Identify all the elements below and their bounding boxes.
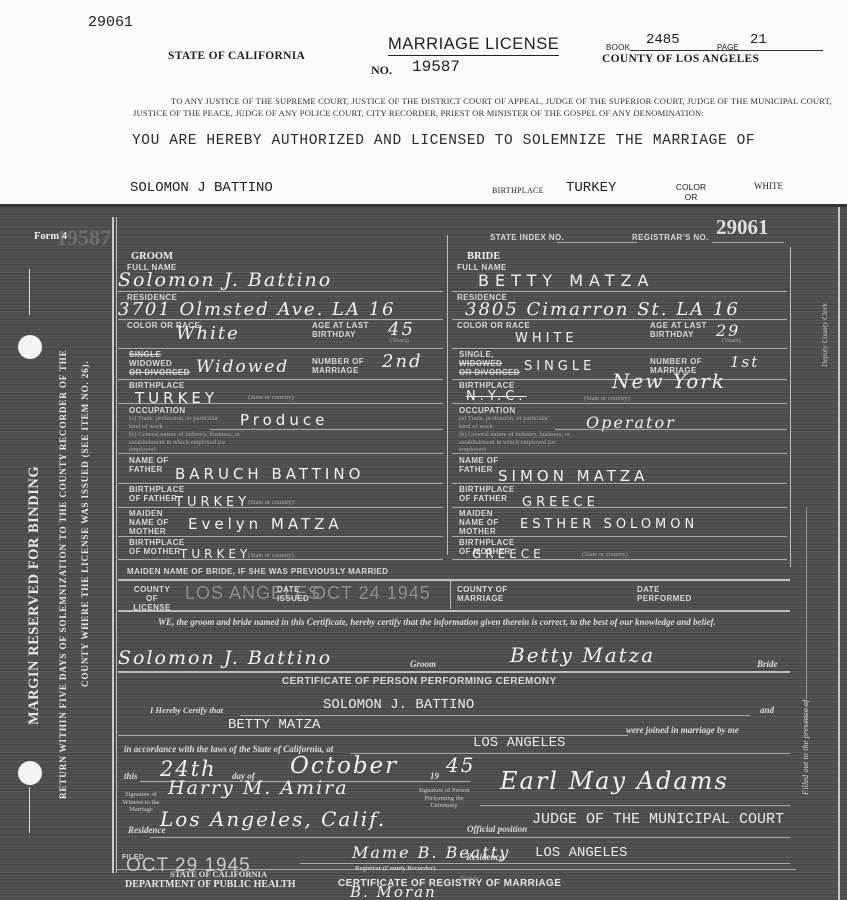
groom-marriage-number: 2nd: [382, 351, 423, 372]
bride-divorced-label: OR DIVORCED: [459, 368, 520, 377]
maiden-name-label: MAIDEN NAME OF BRIDE, IF SHE WAS PREVIOU…: [127, 567, 388, 576]
binding-hole-top: [18, 335, 42, 359]
binding-margin-text: MARGIN RESERVED FOR BINDING: [26, 466, 43, 725]
registrar-rule: [712, 242, 784, 243]
license-birthplace: TURKEY: [566, 180, 616, 196]
bride-color: WHITE: [515, 331, 578, 346]
frame-left-inner: [116, 217, 117, 873]
certify-bride-name: BETTY MATZA: [228, 717, 320, 733]
bride-years-label: (Years): [722, 337, 741, 345]
rule: [452, 348, 787, 349]
book-label: BOOK: [606, 43, 630, 52]
groom-color: White: [176, 323, 240, 344]
presence-rule: [806, 507, 807, 727]
groom-occupation-a: (a) Trade, profession, or particular kin…: [129, 415, 229, 430]
affirmation-text: WE, the groom and bride named in this Ce…: [118, 615, 778, 629]
registrar-number-label: REGISTRAR'S NO.: [632, 233, 709, 242]
joined-label: were joined in marriage by me: [626, 725, 739, 735]
rule: [118, 579, 790, 581]
county-heading: COUNTY OF LOS ANGELES: [602, 53, 759, 65]
bride-col-right: [790, 247, 791, 567]
bride-occupation-label: OCCUPATION: [459, 406, 516, 415]
state-index-label: STATE INDEX NO.: [490, 233, 564, 242]
groom-occupation: Produce: [240, 411, 328, 429]
rule: [118, 610, 790, 612]
bride-mother-bp-hint: (State or country): [582, 551, 628, 559]
bride-heading: BRIDE: [467, 251, 500, 262]
county-marriage-label: COUNTY OF MARRIAGE: [457, 585, 517, 603]
bride-birthplace-struck: N.Y.C.: [466, 389, 527, 404]
license-number-label: NO.: [371, 63, 392, 78]
binding-hole-bottom: [18, 761, 42, 785]
groom-mother: Evelyn MATZA: [188, 515, 343, 533]
state-index-rule: [557, 242, 637, 243]
this-label: this: [124, 771, 138, 781]
book-page-rule: [630, 50, 823, 51]
groom-birthplace: TURKEY: [135, 389, 218, 407]
license-groom-name: SOLOMON J BATTINO: [130, 180, 273, 196]
bride-mother-label: MAIDEN NAME OF MOTHER: [459, 509, 509, 536]
witness-residence: Los Angeles, Calif.: [160, 807, 386, 831]
rule: [118, 348, 443, 349]
rule: [555, 429, 787, 430]
bride-signature-label: Bride: [757, 659, 778, 669]
bride-age-label: AGE AT LAST BIRTHDAY: [650, 321, 722, 339]
groom-marriage-number-label: NUMBER OF MARRIAGE: [312, 357, 382, 375]
ceremony-year: 45: [446, 753, 475, 777]
bride-single-label: SINGLE,: [459, 350, 494, 359]
license-title: MARRIAGE LICENSE: [388, 35, 559, 56]
ceremony-heading: CERTIFICATE OF PERSON PERFORMING CEREMON…: [282, 677, 557, 686]
rule: [210, 429, 443, 430]
form-ghost-number: 19587: [56, 225, 111, 251]
column-divider: [447, 235, 448, 555]
license-number: 19587: [412, 58, 460, 76]
bride-signature: Betty Matza: [510, 643, 655, 667]
bride-occupation-b: (b) General nature of industry, business…: [459, 431, 579, 454]
rule: [150, 837, 790, 838]
groom-father: BARUCH BATTINO: [175, 465, 364, 483]
groom-mother-label: MAIDEN NAME OF MOTHER: [129, 509, 179, 536]
rule: [480, 805, 790, 806]
groom-father-label: NAME OF FATHER: [129, 456, 179, 474]
rule: [452, 507, 787, 508]
rule: [452, 559, 787, 560]
officiant-residence-label: Residence: [466, 852, 504, 862]
groom-signature-label: Groom: [410, 659, 436, 669]
certify-groom-name: SOLOMON J. BATTINO: [323, 697, 474, 713]
county-license-label: COUNTY OF LICENSE: [127, 585, 177, 612]
license-color: WHITE: [754, 181, 783, 191]
certificate-of-registry: Form 4 19587 MARGIN RESERVED FOR BINDING…: [0, 204, 847, 900]
bride-occupation-a: (a) Trade, profession, or particular kin…: [459, 415, 559, 430]
bride-birthplace: New York: [612, 369, 726, 393]
and-label: and: [760, 705, 774, 715]
deputy-label: Deputy: [460, 875, 479, 883]
rule: [452, 319, 787, 320]
witness-signature: Harry M. Amira: [168, 777, 349, 799]
officiant-residence: LOS ANGELES: [535, 845, 627, 861]
rule: [118, 671, 790, 673]
groom-widowed-label: WIDOWED: [129, 359, 172, 368]
registrar-label: Registrar (County Recorder): [355, 865, 435, 873]
witness-label: Signature of Witness to the Marriage: [120, 791, 162, 814]
year-prefix: 19: [430, 771, 439, 781]
date-performed-label: DATE PERFORMED: [637, 585, 697, 603]
rule: [118, 536, 443, 537]
book-number: 2485: [646, 32, 680, 48]
rule: [452, 536, 787, 537]
date-issued: OCT 24 1945: [312, 583, 431, 604]
authorization-text: YOU ARE HEREBY AUTHORIZED AND LICENSED T…: [132, 133, 755, 149]
ceremony-place: LOS ANGELES: [473, 735, 565, 751]
frame-left: [112, 217, 114, 873]
margin-tick-bottom: [29, 787, 30, 833]
groom-single-label: SINGLE: [129, 350, 161, 359]
margin-tick-top: [29, 269, 30, 315]
bride-birthplace-hint: (State or country): [584, 395, 630, 403]
rule: [240, 715, 750, 716]
rule: [452, 453, 787, 454]
groom-years-label: (Years): [390, 337, 409, 345]
return-instruction-line2: COUNTY WHERE THE LICENSE WAS ISSUED (SEE…: [80, 361, 90, 687]
rule: [118, 291, 443, 292]
dept-state: STATE OF CALIFORNIA: [170, 869, 267, 879]
bride-father-birthplace-label: BIRTHPLACE OF FATHER: [459, 485, 519, 503]
officiant-signature: Earl May Adams: [500, 767, 729, 795]
groom-divorced-label: OR DIVORCED: [129, 368, 190, 377]
rule: [452, 483, 787, 484]
officiant-label: Signature of Person Performing the Cerem…: [418, 787, 470, 810]
rule: [118, 379, 443, 380]
groom-age-label: AGE AT LAST BIRTHDAY: [312, 321, 392, 339]
marriage-license-stub: 29061 STATE OF CALIFORNIA MARRIAGE LICEN…: [0, 0, 847, 206]
bride-marriage-number: 1st: [730, 353, 759, 371]
groom-signature: Solomon J. Battino: [118, 647, 332, 669]
rule: [450, 581, 451, 609]
salutation-text: TO ANY JUSTICE OF THE SUPREME COURT, JUS…: [133, 96, 833, 119]
state-heading: STATE OF CALIFORNIA: [168, 50, 305, 62]
groom-occupation-b: (b) General nature of industry, business…: [129, 431, 249, 454]
bride-marital-status: SINGLE: [524, 359, 595, 374]
rule: [452, 403, 787, 404]
birthplace-label: BIRTHPLACE: [492, 186, 544, 195]
rule: [118, 453, 443, 454]
groom-occupation-label: OCCUPATION: [129, 406, 186, 415]
dept-name: DEPARTMENT OF PUBLIC HEALTH: [125, 879, 296, 890]
groom-father-bp-hint: (State or country): [248, 499, 294, 507]
groom-marital-status: Widowed: [196, 357, 289, 377]
rule: [350, 753, 790, 754]
bride-mother: ESTHER SOLOMON: [520, 517, 698, 532]
bride-full-name: BETTY MATZA: [478, 271, 654, 290]
groom-birthplace-hint: (State or country): [248, 394, 294, 402]
deputy-signature: B. Moran: [350, 883, 437, 900]
deputy-clerk-label: Deputy County Clerk: [820, 303, 829, 367]
rule: [118, 483, 443, 484]
official-position-label: Official position: [467, 824, 527, 834]
certify-label: I Hereby Certify that: [150, 705, 223, 715]
groom-residence: 3701 Olmsted Ave. LA 16: [118, 299, 396, 320]
registrar-number: 29061: [716, 215, 769, 240]
rule: [300, 863, 790, 864]
groom-full-name: Solomon J. Battino: [118, 269, 332, 291]
presence-note: Filled out in the presence of: [800, 700, 810, 795]
rule: [452, 291, 787, 292]
ceremony-month: October: [290, 753, 398, 779]
return-instruction-line1: RETURN WITHIN FIVE DAYS OF SOLEMNIZATION…: [58, 349, 68, 799]
frame-right: [838, 207, 840, 900]
rule: [118, 559, 443, 560]
rule: [118, 403, 443, 404]
official-position: JUDGE OF THE MUNICIPAL COURT: [532, 811, 784, 828]
bride-residence: 3805 Cimarron St. LA 16: [465, 299, 740, 320]
record-number: 29061: [88, 14, 133, 31]
rule: [118, 507, 443, 508]
bride-widowed-label: WIDOWED: [459, 359, 502, 368]
groom-heading: GROOM: [131, 251, 173, 262]
bride-color-label: COLOR OR RACE: [457, 321, 530, 330]
date-issued-label: DATE ISSUED: [277, 585, 307, 603]
page-number: 21: [750, 32, 767, 48]
